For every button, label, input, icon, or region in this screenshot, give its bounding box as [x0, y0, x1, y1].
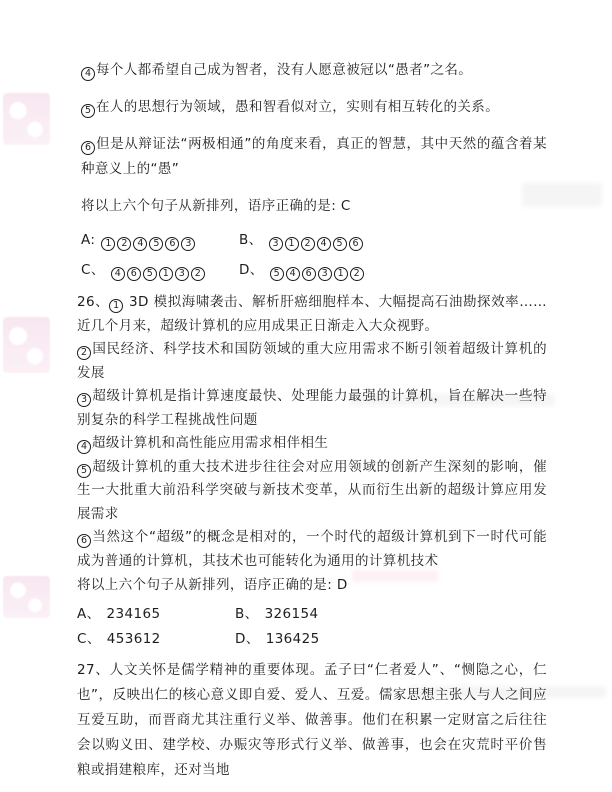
circled-number: 1: [109, 299, 123, 313]
option-b: B、312456: [239, 228, 547, 253]
option-a: A:124563: [81, 228, 239, 253]
watermark-stamp: [3, 93, 50, 145]
circled-number: 5: [143, 267, 157, 281]
circled-number: 1: [285, 237, 299, 251]
document-content: 4每个人都希望自己成为智者，没有人愿意被冠以“愚者”之名。 5在人的思想行为领域…: [77, 58, 547, 783]
option-label: A、: [77, 606, 101, 622]
circled-number: 1: [159, 267, 173, 281]
option-sequence: 312456: [269, 232, 365, 248]
sentence-text: 在人的思想行为领域，愚和智看似对立，实则有相互转化的关系。: [96, 99, 499, 115]
circled-number: 5: [77, 464, 91, 478]
sentence-text: 超级计算机的重大技术进步往往会对应用领域的创新产生深刻的影响，催生一大批重大前沿…: [77, 459, 547, 522]
sentence-item-4: 4每个人都希望自己成为智者，没有人愿意被冠以“愚者”之名。: [81, 58, 547, 83]
question-27-text: 27、人文关怀是儒学精神的重要体现。孟子曰“仁者爱人”、“恻隐之心，仁也”，反映…: [77, 658, 547, 783]
circled-number: 3: [269, 237, 283, 251]
circled-number: 6: [127, 267, 141, 281]
option-label: C、: [77, 631, 101, 647]
sentence-text: 3D 模拟海啸袭击、解析肝癌细胞样本、大幅提高石油勘探效率……近几个月来，超级计…: [77, 294, 547, 334]
question-26-block: 26、1 3D 模拟海啸袭击、解析肝癌细胞样本、大幅提高石油勘探效率……近几个月…: [77, 291, 547, 652]
circled-number: 5: [270, 267, 284, 281]
option-value: 234165: [107, 606, 161, 622]
option-sequence: 546312: [270, 262, 366, 278]
sentence-text: 当然这个“超级”的概念是相对的，一个时代的超级计算机到下一时代可能成为普通的计算…: [77, 529, 547, 569]
sentence-item-2: 2国民经济、科学技术和国防领域的重大应用需求不断引领着超级计算机的发展: [77, 338, 547, 385]
question-26-intro: 26、1 3D 模拟海啸袭击、解析肝癌细胞样本、大幅提高石油勘探效率……近几个月…: [77, 291, 547, 338]
option-value: 453612: [107, 631, 161, 647]
sentence-item-5: 5在人的思想行为领域，愚和智看似对立，实则有相互转化的关系。: [81, 95, 547, 120]
circled-number: 4: [111, 267, 125, 281]
circled-number: 3: [77, 393, 91, 407]
sentence-item-5: 5超级计算机的重大技术进步往往会对应用领域的创新产生深刻的影响，催生一大批重大前…: [77, 456, 547, 527]
option-label: B、: [235, 606, 259, 622]
option-b: B、326154: [235, 602, 547, 627]
option-label: C、: [81, 262, 105, 278]
sentence-text: 国民经济、科学技术和国防领域的重大应用需求不断引领着超级计算机的发展: [77, 341, 547, 381]
exam-page: 4每个人都希望自己成为智者，没有人愿意被冠以“愚者”之名。 5在人的思想行为领域…: [0, 0, 612, 792]
option-a: A、234165: [77, 602, 235, 627]
watermark-stamp: [3, 576, 50, 618]
answer-prompt: 将以上六个句子从新排列，语序正确的是: D: [77, 574, 547, 598]
circled-number: 4: [317, 237, 331, 251]
circled-number: 4: [81, 67, 95, 81]
sentence-text: 超级计算机和高性能应用需求相伴相生: [92, 435, 328, 451]
sentence-text: 每个人都希望自己成为智者，没有人愿意被冠以“愚者”之名。: [96, 62, 472, 78]
question-number: 26、: [77, 294, 109, 310]
question-prev-block: 4每个人都希望自己成为智者，没有人愿意被冠以“愚者”之名。 5在人的思想行为领域…: [77, 58, 547, 283]
circled-number: 6: [165, 237, 179, 251]
circled-number: 6: [302, 267, 316, 281]
circled-number: 5: [81, 104, 95, 118]
option-value: 326154: [265, 606, 319, 622]
question-27-block: 27、人文关怀是儒学精神的重要体现。孟子曰“仁者爱人”、“恻隐之心，仁也”，反映…: [77, 658, 547, 783]
circled-number: 2: [117, 237, 131, 251]
options-grid: A:124563 B、312456 C、465132 D、546312: [81, 228, 547, 283]
circled-number: 5: [333, 237, 347, 251]
circled-number: 6: [81, 141, 95, 155]
option-sequence: 124563: [101, 232, 197, 248]
option-label: D、: [235, 631, 260, 647]
sentence-item-6: 6但是从辩证法“两极相通”的角度来看，真正的智慧，其中天然的蕴含着某种意义上的“…: [81, 132, 547, 182]
circled-number: 6: [77, 534, 91, 548]
option-label: B、: [239, 232, 263, 248]
circled-number: 2: [191, 267, 205, 281]
option-d: D、136425: [235, 627, 547, 652]
option-c: C、453612: [77, 627, 235, 652]
sentence-item-6: 6当然这个“超级”的概念是相对的，一个时代的超级计算机到下一时代可能成为普通的计…: [77, 526, 547, 573]
circled-number: 4: [77, 440, 91, 454]
circled-number: 5: [149, 237, 163, 251]
option-d: D、546312: [239, 258, 547, 283]
circled-number: 6: [349, 237, 363, 251]
circled-number: 1: [101, 237, 115, 251]
circled-number: 2: [77, 346, 91, 360]
circled-number: 2: [301, 237, 315, 251]
circled-number: 4: [133, 237, 147, 251]
circled-number: 3: [181, 237, 195, 251]
sentence-text: 但是从辩证法“两极相通”的角度来看，真正的智慧，其中天然的蕴含着某种意义上的“愚…: [81, 136, 547, 177]
sentence-item-4: 4超级计算机和高性能应用需求相伴相生: [77, 432, 547, 456]
circled-number: 2: [350, 267, 364, 281]
sentence-text: 超级计算机是指计算速度最快、处理能力最强的计算机，旨在解决一些特别复杂的科学工程…: [77, 388, 547, 428]
watermark-stamp: [3, 317, 50, 373]
circled-number: 4: [286, 267, 300, 281]
option-c: C、465132: [81, 258, 239, 283]
option-label: A:: [81, 232, 95, 248]
answer-prompt: 将以上六个句子从新排列，语序正确的是: C: [81, 194, 547, 219]
option-sequence: 465132: [111, 262, 207, 278]
options-grid: A、234165 B、326154 C、453612 D、136425: [77, 602, 547, 652]
option-value: 136425: [266, 631, 320, 647]
circled-number: 3: [175, 267, 189, 281]
option-label: D、: [239, 262, 264, 278]
circled-number: 1: [334, 267, 348, 281]
circled-number: 3: [318, 267, 332, 281]
sentence-item-3: 3超级计算机是指计算速度最快、处理能力最强的计算机，旨在解决一些特别复杂的科学工…: [77, 385, 547, 432]
